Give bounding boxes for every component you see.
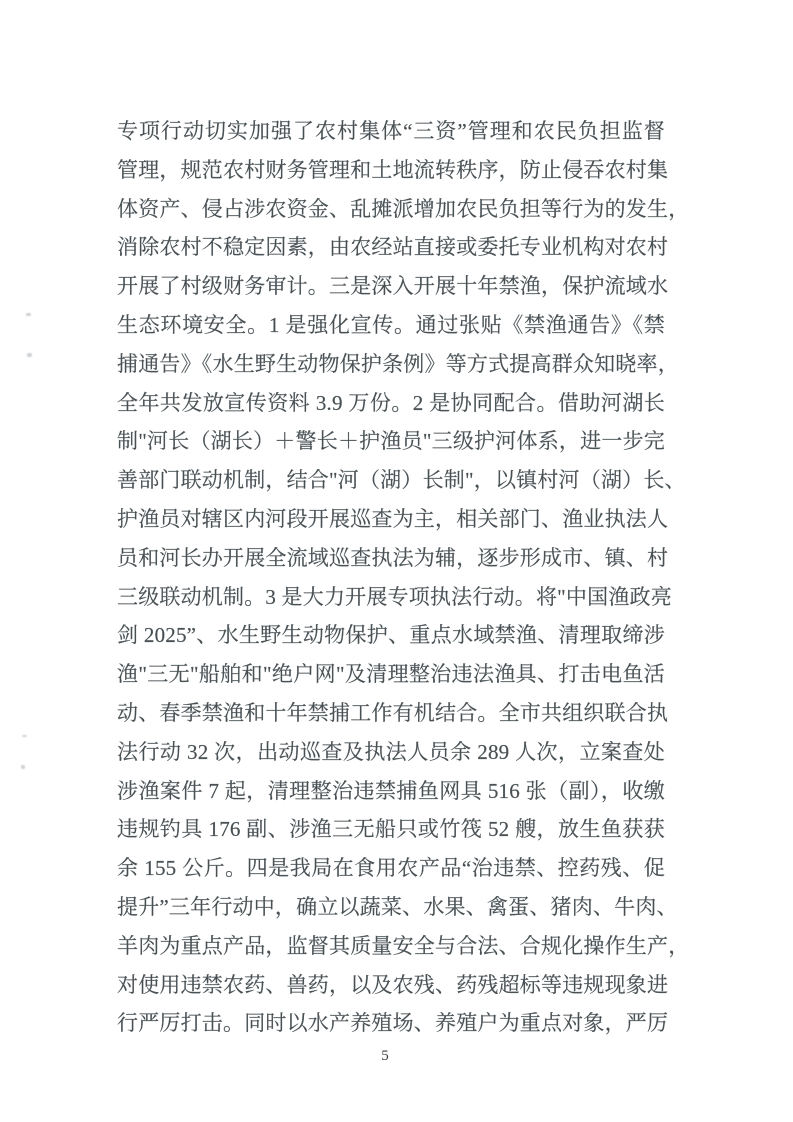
page-number: 5 [0, 1048, 770, 1065]
text-line: 开展了村级财务审计。三是深入开展十年禁渔，保护流域水 [117, 267, 665, 306]
text-line: 对使用违禁农药、兽药，以及农残、药残超标等违规现象进 [117, 966, 665, 1005]
text-line: 行严厉打击。同时以水产养殖场、养殖户为重点对象，严厉 [117, 1004, 665, 1043]
text-line: 员和河长办开展全流域巡查执法为辅，逐步形成市、镇、村 [117, 539, 665, 578]
text-line: 剑 2025”、水生野生动物保护、重点水域禁渔、清理取缔涉 [117, 616, 665, 655]
text-line: 体资产、侵占涉农资金、乱摊派增加农民负担等行为的发生， [117, 190, 665, 229]
text-line: 护渔员对辖区内河段开展巡查为主，相关部门、渔业执法人 [117, 500, 665, 539]
text-line: 渔"三无"船舶和"绝户网"及清理整治违法渔具、打击电鱼活 [117, 655, 665, 694]
text-line: 生态环境安全。1 是强化宣传。通过张贴《禁渔通告》《禁 [117, 306, 665, 345]
text-line: 制"河长（湖长）＋警长＋护渔员"三级护河体系，进一步完 [117, 422, 665, 461]
text-line: 余 155 公斤。四是我局在食用农产品“治违禁、控药残、促 [117, 849, 665, 888]
text-line: 善部门联动机制，结合"河（湖）长制"，以镇村河（湖）长、 [117, 461, 665, 500]
text-line: 法行动 32 次，出动巡查及执法人员余 289 人次，立案查处 [117, 733, 665, 772]
text-line: 羊肉为重点产品，监督其质量安全与合法、合规化操作生产， [117, 927, 665, 966]
scan-artifact [27, 353, 32, 357]
text-line: 捕通告》《水生野生动物保护条例》等方式提高群众知晓率， [117, 345, 665, 384]
text-line: 提升”三年行动中，确立以蔬菜、水果、禽蛋、猪肉、牛肉、 [117, 888, 665, 927]
scan-artifact [21, 765, 25, 769]
body-text: 专项行动切实加强了农村集体“三资”管理和农民负担监督 管理，规范农村财务管理和土… [117, 112, 665, 1043]
document-page: 专项行动切实加强了农村集体“三资”管理和农民负担监督 管理，规范农村财务管理和土… [0, 0, 793, 1122]
text-line: 违规钓具 176 副、涉渔三无船只或竹筏 52 艘，放生鱼获获 [117, 810, 665, 849]
text-line: 管理，规范农村财务管理和土地流转秩序，防止侵吞农村集 [117, 151, 665, 190]
text-line: 消除农村不稳定因素，由农经站直接或委托专业机构对农村 [117, 228, 665, 267]
scan-artifact [26, 313, 31, 316]
text-line: 三级联动机制。3 是大力开展专项执法行动。将"中国渔政亮 [117, 578, 665, 617]
text-line: 全年共发放宣传资料 3.9 万份。2 是协同配合。借助河湖长 [117, 384, 665, 423]
text-line: 动、春季禁渔和十年禁捕工作有机结合。全市共组织联合执 [117, 694, 665, 733]
scan-artifact [22, 735, 27, 737]
text-line: 专项行动切实加强了农村集体“三资”管理和农民负担监督 [117, 112, 665, 151]
text-line: 涉渔案件 7 起，清理整治违禁捕鱼网具 516 张（副），收缴 [117, 772, 665, 811]
